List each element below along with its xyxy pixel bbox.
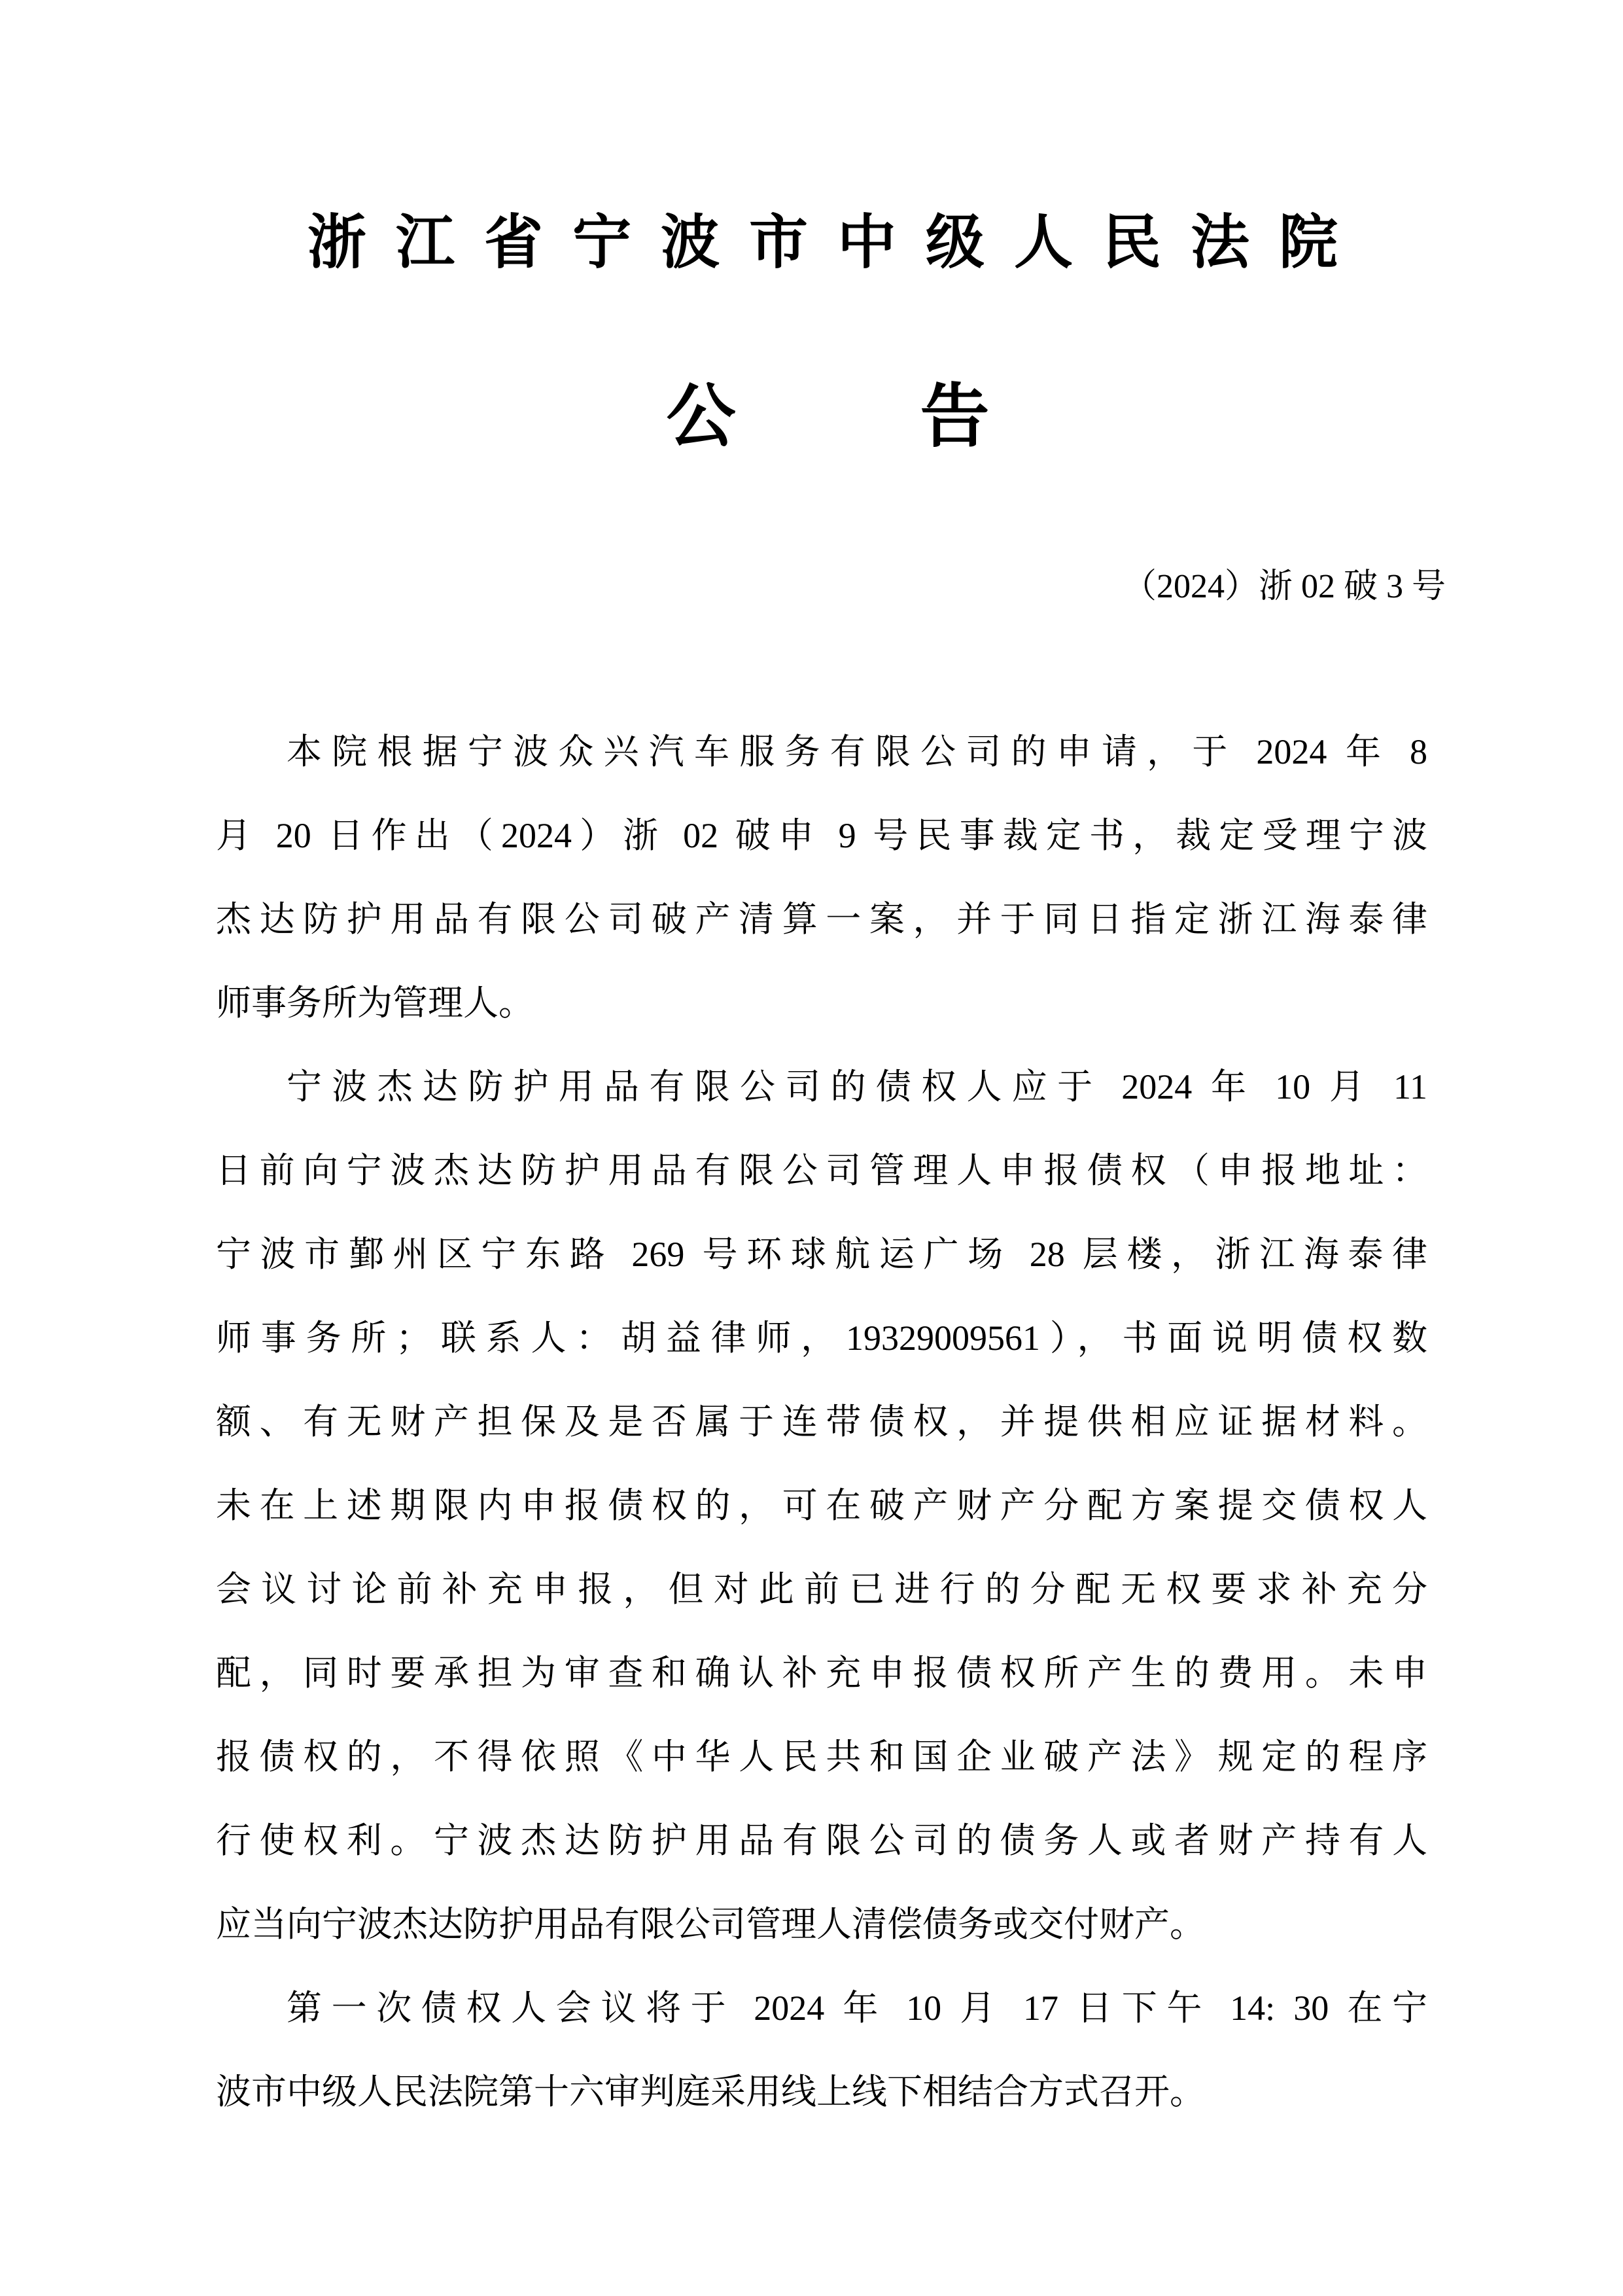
document-body: 本院根据宁波众兴汽车服务有限公司的申请，于 2024 年 8 月 20 日作出（… — [216, 710, 1427, 2134]
body-line: 第一次债权人会议将于 2024 年 10 月 17 日下午 14: 30 在宁 — [216, 1966, 1427, 2050]
body-line: 本院根据宁波众兴汽车服务有限公司的申请，于 2024 年 8 — [216, 710, 1427, 794]
case-number: （2024）浙 02 破 3 号 — [0, 565, 1623, 608]
body-line: 宁波杰达防护用品有限公司的债权人应于 2024 年 10 月 11 — [216, 1045, 1427, 1129]
body-line: 行使权利。宁波杰达防护用品有限公司的债务人或者财产持有人 — [216, 1799, 1427, 1882]
body-line: 杰达防护用品有限公司破产清算一案，并于同日指定浙江海泰律 — [216, 877, 1427, 961]
body-line: 应当向宁波杰达防护用品有限公司管理人清偿债务或交付财产。 — [216, 1882, 1427, 1966]
body-line: 日前向宁波杰达防护用品有限公司管理人申报债权（申报地址： — [216, 1129, 1427, 1212]
announcement-title: 公告 — [0, 374, 1623, 461]
body-line: 波市中级人民法院第十六审判庭采用线上线下相结合方式召开。 — [216, 2050, 1427, 2134]
body-line: 配，同时要承担为审查和确认补充申报债权所产生的费用。未申 — [216, 1631, 1427, 1715]
body-line: 会议讨论前补充申报，但对此前已进行的分配无权要求补充分 — [216, 1547, 1427, 1631]
body-line: 宁波市鄞州区宁东路 269 号环球航运广场 28 层楼，浙江海泰律 — [216, 1212, 1427, 1296]
body-line: 师事务所；联系人：胡益律师，19329009561），书面说明债权数 — [216, 1296, 1427, 1380]
body-line: 额、有无财产担保及是否属于连带债权，并提供相应证据材料。 — [216, 1380, 1427, 1464]
body-line: 月 20 日作出（2024）浙 02 破申 9 号民事裁定书，裁定受理宁波 — [216, 794, 1427, 877]
body-line: 师事务所为管理人。 — [216, 961, 1427, 1045]
document-page: 浙江省宁波市中级人民法院 公告 （2024）浙 02 破 3 号 本院根据宁波众… — [0, 0, 1623, 2296]
court-title: 浙江省宁波市中级人民法院 — [0, 208, 1623, 279]
body-line: 未在上述期限内申报债权的，可在破产财产分配方案提交债权人 — [216, 1464, 1427, 1547]
body-line: 报债权的，不得依照《中华人民共和国企业破产法》规定的程序 — [216, 1715, 1427, 1799]
